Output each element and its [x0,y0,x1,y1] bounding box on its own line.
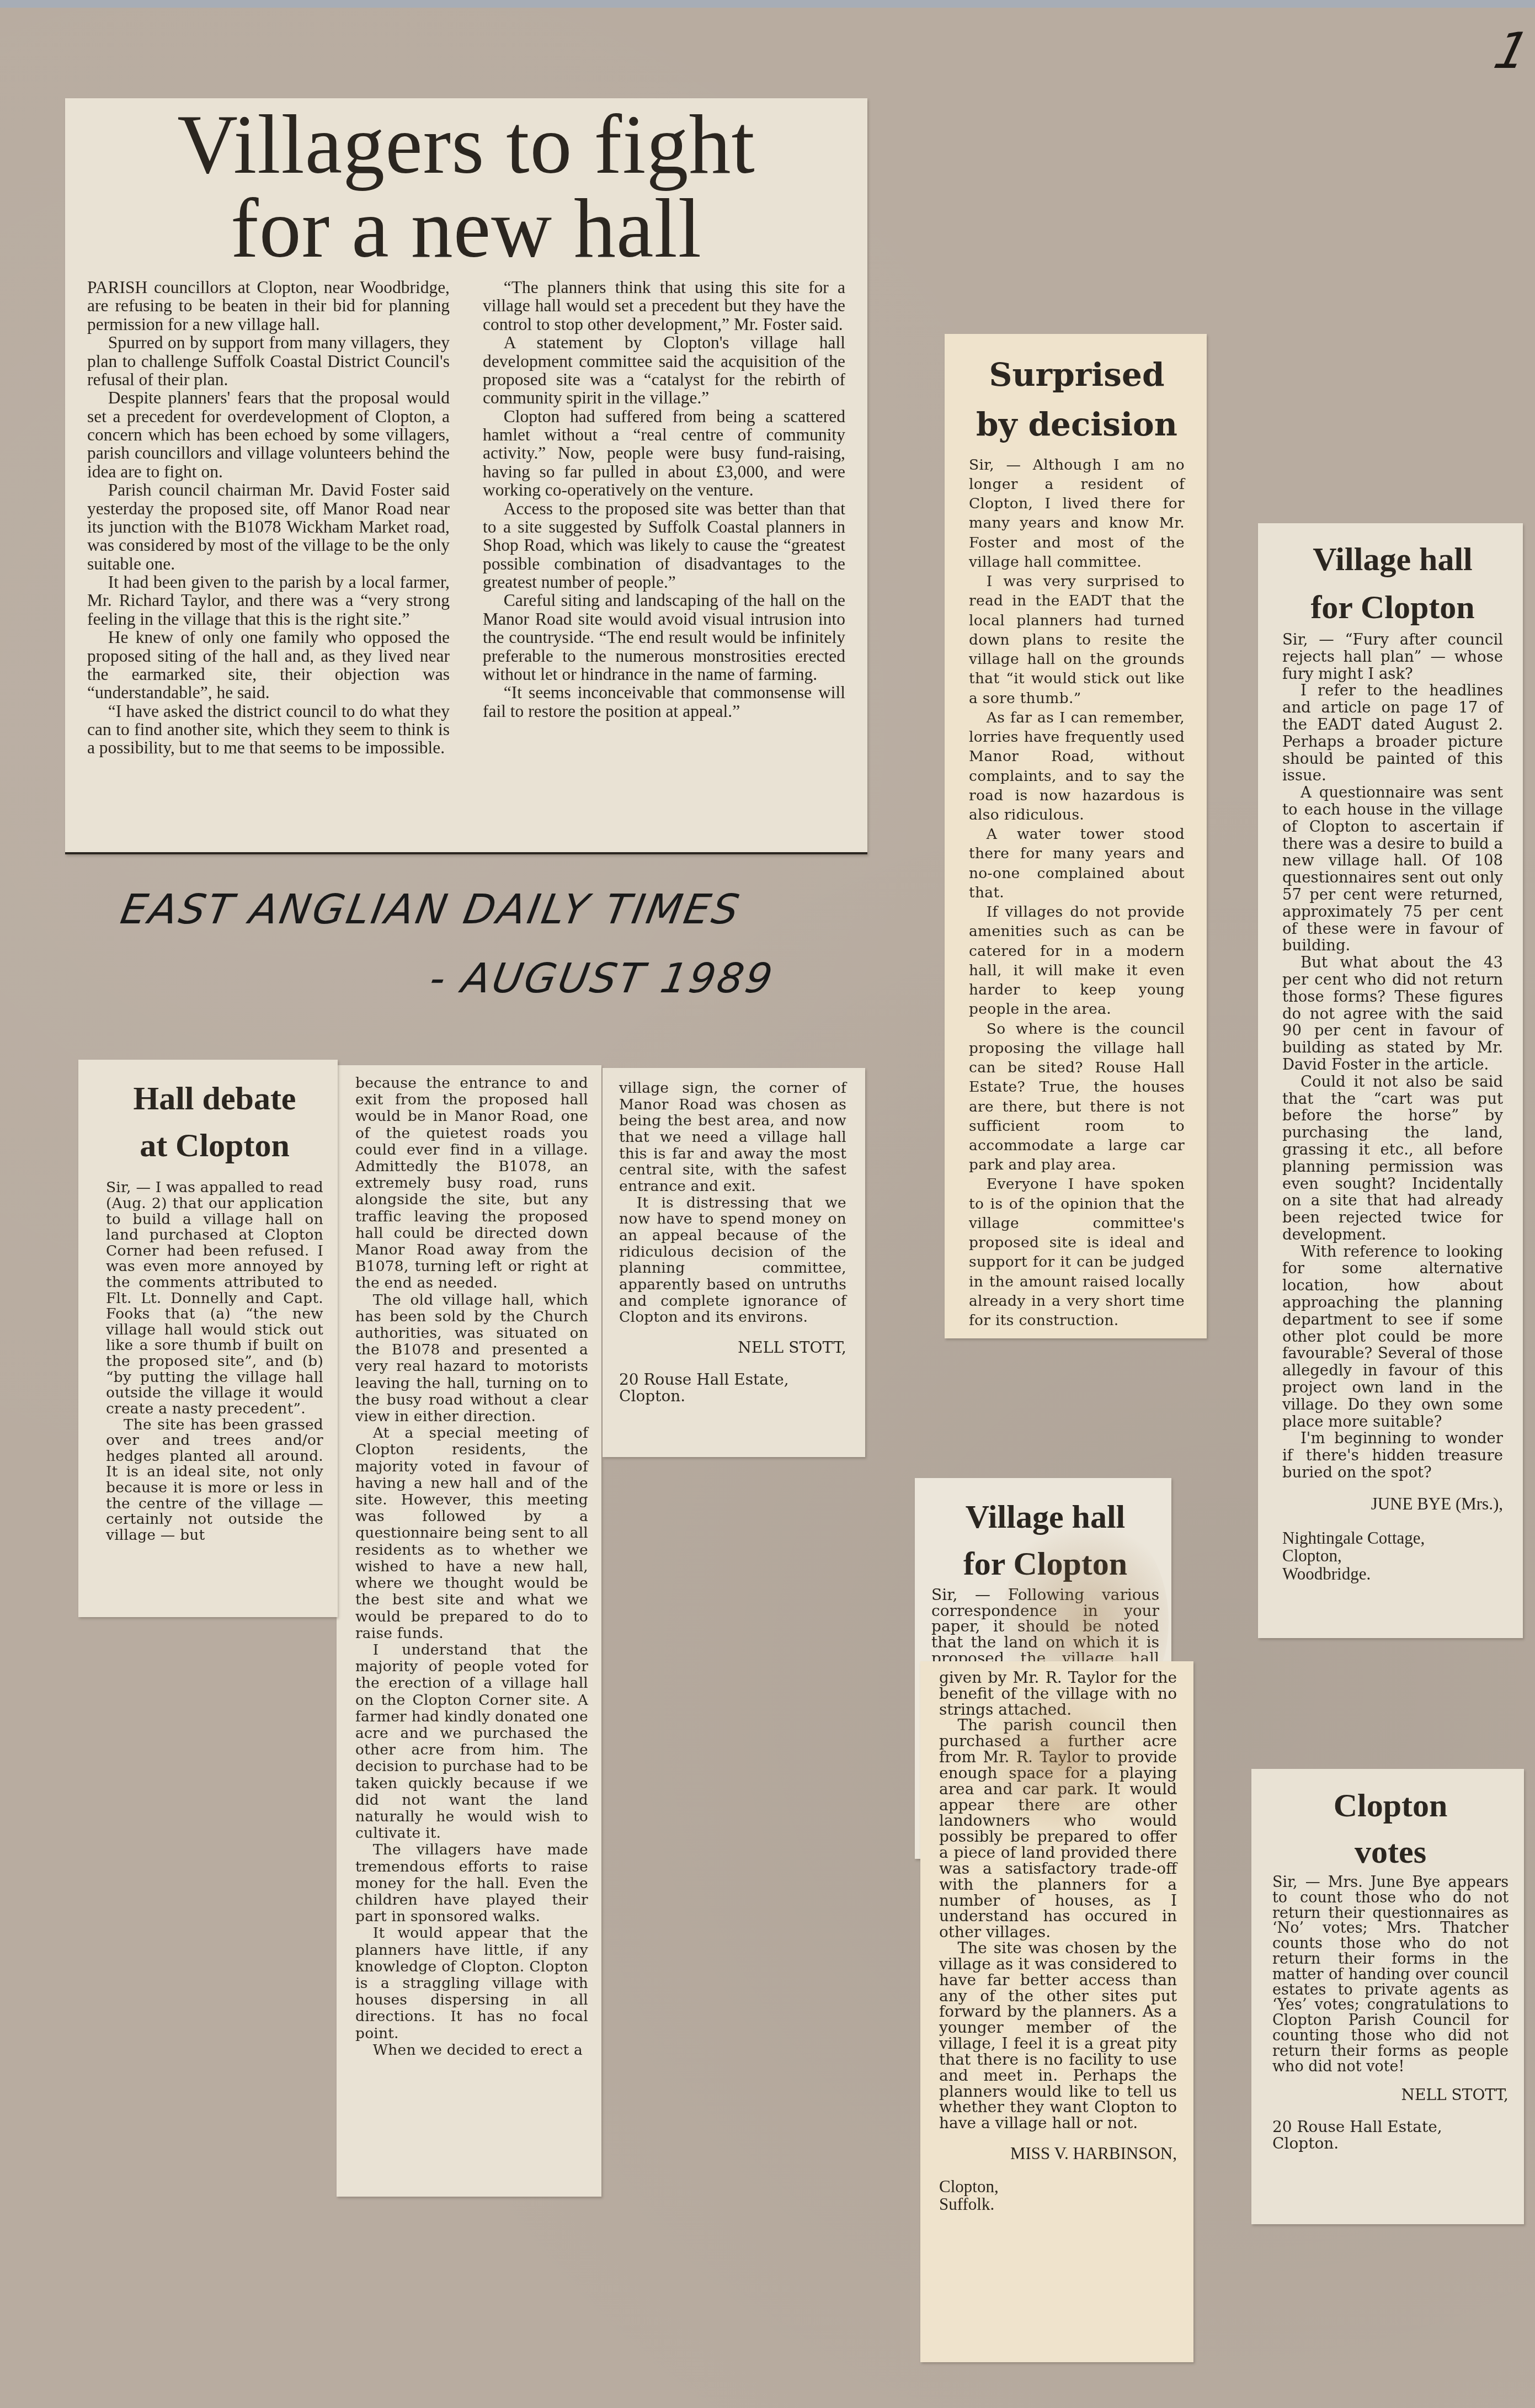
paragraph: Careful siting and landscaping of the ha… [483,591,845,683]
paragraph: PARISH councillors at Clopton, near Wood… [87,278,450,333]
handwritten-date-caption: - AUGUST 1989 [426,955,778,1002]
paragraph: Parish council chairman Mr. David Foster… [87,481,450,573]
article-headline: Villagers to fight for a new hall [87,103,845,270]
paragraph: It had been given to the parish by a loc… [87,573,450,628]
letter-address: 20 Rouse Hall Estate, Clopton. [1272,2119,1509,2151]
letter-village-hall-harbinson-part-2: given by Mr. R. Taylor for the benefit o… [920,1661,1193,2362]
paragraph: Sir, — Although I am no longer a residen… [969,455,1185,572]
paragraph: A water tower stood there for many years… [969,825,1185,902]
article-villagers-to-fight: Villagers to fight for a new hall PARISH… [65,98,867,854]
article-column-1: PARISH councillors at Clopton, near Wood… [87,278,450,757]
article-column-2: “The planners think that using this site… [483,278,845,757]
paragraph: Sir, — I was appalled to read (Aug. 2) t… [106,1180,323,1417]
letter-headline: Village hall for Clopton [1282,535,1503,631]
paragraph: I refer to the headlines and article on … [1282,682,1503,784]
paragraph: Clopton had suffered from being a scatte… [483,407,845,499]
letter-village-hall-june-bye: Village hall for Clopton Sir, — “Fury af… [1258,523,1523,1638]
paragraph: “It seems inconceivable that commonsense… [483,683,845,720]
paragraph: Sir, — “Fury after council rejects hall … [1282,631,1503,682]
paragraph: At a special meeting of Clopton resident… [355,1425,588,1642]
bottom-rule [65,852,867,854]
paragraph: A statement by Clopton's village hall de… [483,333,845,407]
paragraph: The site has been grassed over and trees… [106,1417,323,1544]
paragraph: Everyone I have spoken to is of the opin… [969,1174,1185,1330]
paragraph: I understand that the majority of people… [355,1642,588,1842]
paragraph: So where is the council proposing the vi… [969,1019,1185,1175]
paragraph: But what about the 43 per cent who did n… [1282,954,1503,1073]
paragraph: given by Mr. R. Taylor for the benefit o… [939,1670,1177,1718]
paragraph: The old village hall, which has been sol… [355,1292,588,1426]
letter-hall-debate-part-2: because the entrance to and exit from th… [337,1065,601,2197]
paragraph: Sir, — Mrs. June Bye appears to count th… [1272,1875,1509,2074]
letter-headline: Surprised by decision [969,350,1185,450]
letter-signature: MISS V. HARBINSON, [939,2145,1177,2162]
paragraph: When we decided to erect a [355,2042,588,2059]
paragraph: It is distressing that we now have to sp… [619,1195,846,1326]
scan-top-edge [0,0,1535,8]
letter-signature: NELL STOTT, [619,1339,846,1356]
page-number: 1 [1489,22,1534,80]
letter-address: Clopton, Suffolk. [939,2178,1177,2214]
letter-headline: Clopton votes [1272,1782,1509,1875]
letter-clopton-votes: Clopton votes Sir, — Mrs. June Bye appea… [1251,1769,1524,2224]
paragraph: Spurred on by support from many villager… [87,333,450,389]
paragraph: “I have asked the district council to do… [87,702,450,757]
paragraph: I was very surprised to read in the EADT… [969,572,1185,708]
paragraph: because the entrance to and exit from th… [355,1075,588,1292]
paragraph: Despite planners' fears that the proposa… [87,389,450,481]
paragraph: Could it not also be said that the “cart… [1282,1073,1503,1243]
paragraph: The villagers have made tremendous effor… [355,1842,588,1925]
paragraph: It would appear that the planners have l… [355,1925,588,2042]
paragraph: “The planners think that using this site… [483,278,845,333]
letter-surprised-by-decision: Surprised by decision Sir, — Although I … [945,334,1207,1338]
letter-signature: NELL STOTT, [1272,2087,1509,2103]
paragraph: A questionnaire was sent to each house i… [1282,784,1503,954]
paragraph: Access to the proposed site was better t… [483,499,845,592]
letter-headline: Village hall for Clopton [931,1493,1159,1587]
paragraph: village sign, the corner of Manor Road w… [619,1080,846,1195]
letter-address: Nightingale Cottage, Clopton, Woodbridge… [1282,1529,1503,1583]
letter-hall-debate-part-3: village sign, the corner of Manor Road w… [603,1068,865,1457]
paragraph: If villages do not provide amenities suc… [969,902,1185,1019]
article-columns: PARISH councillors at Clopton, near Wood… [87,278,845,757]
letter-headline: Hall debate at Clopton [106,1075,323,1169]
paragraph: With reference to looking for some alter… [1282,1243,1503,1431]
paragraph: He knew of only one family who opposed t… [87,628,450,702]
paragraph: The parish council then purchased a furt… [939,1718,1177,1941]
paragraph: The site was chosen by the village as it… [939,1941,1177,2131]
letter-address: 20 Rouse Hall Estate, Clopton. [619,1372,846,1404]
letter-signature: JUNE BYE (Mrs.), [1282,1495,1503,1514]
paragraph: I'm beginning to wonder if there's hidde… [1282,1430,1503,1481]
letter-hall-debate-part-1: Hall debate at Clopton Sir, — I was appa… [78,1060,338,1617]
paragraph: As far as I can remember, lorries have f… [969,708,1185,825]
handwritten-source-caption: EAST ANGLIAN DAILY TIMES [117,886,744,933]
